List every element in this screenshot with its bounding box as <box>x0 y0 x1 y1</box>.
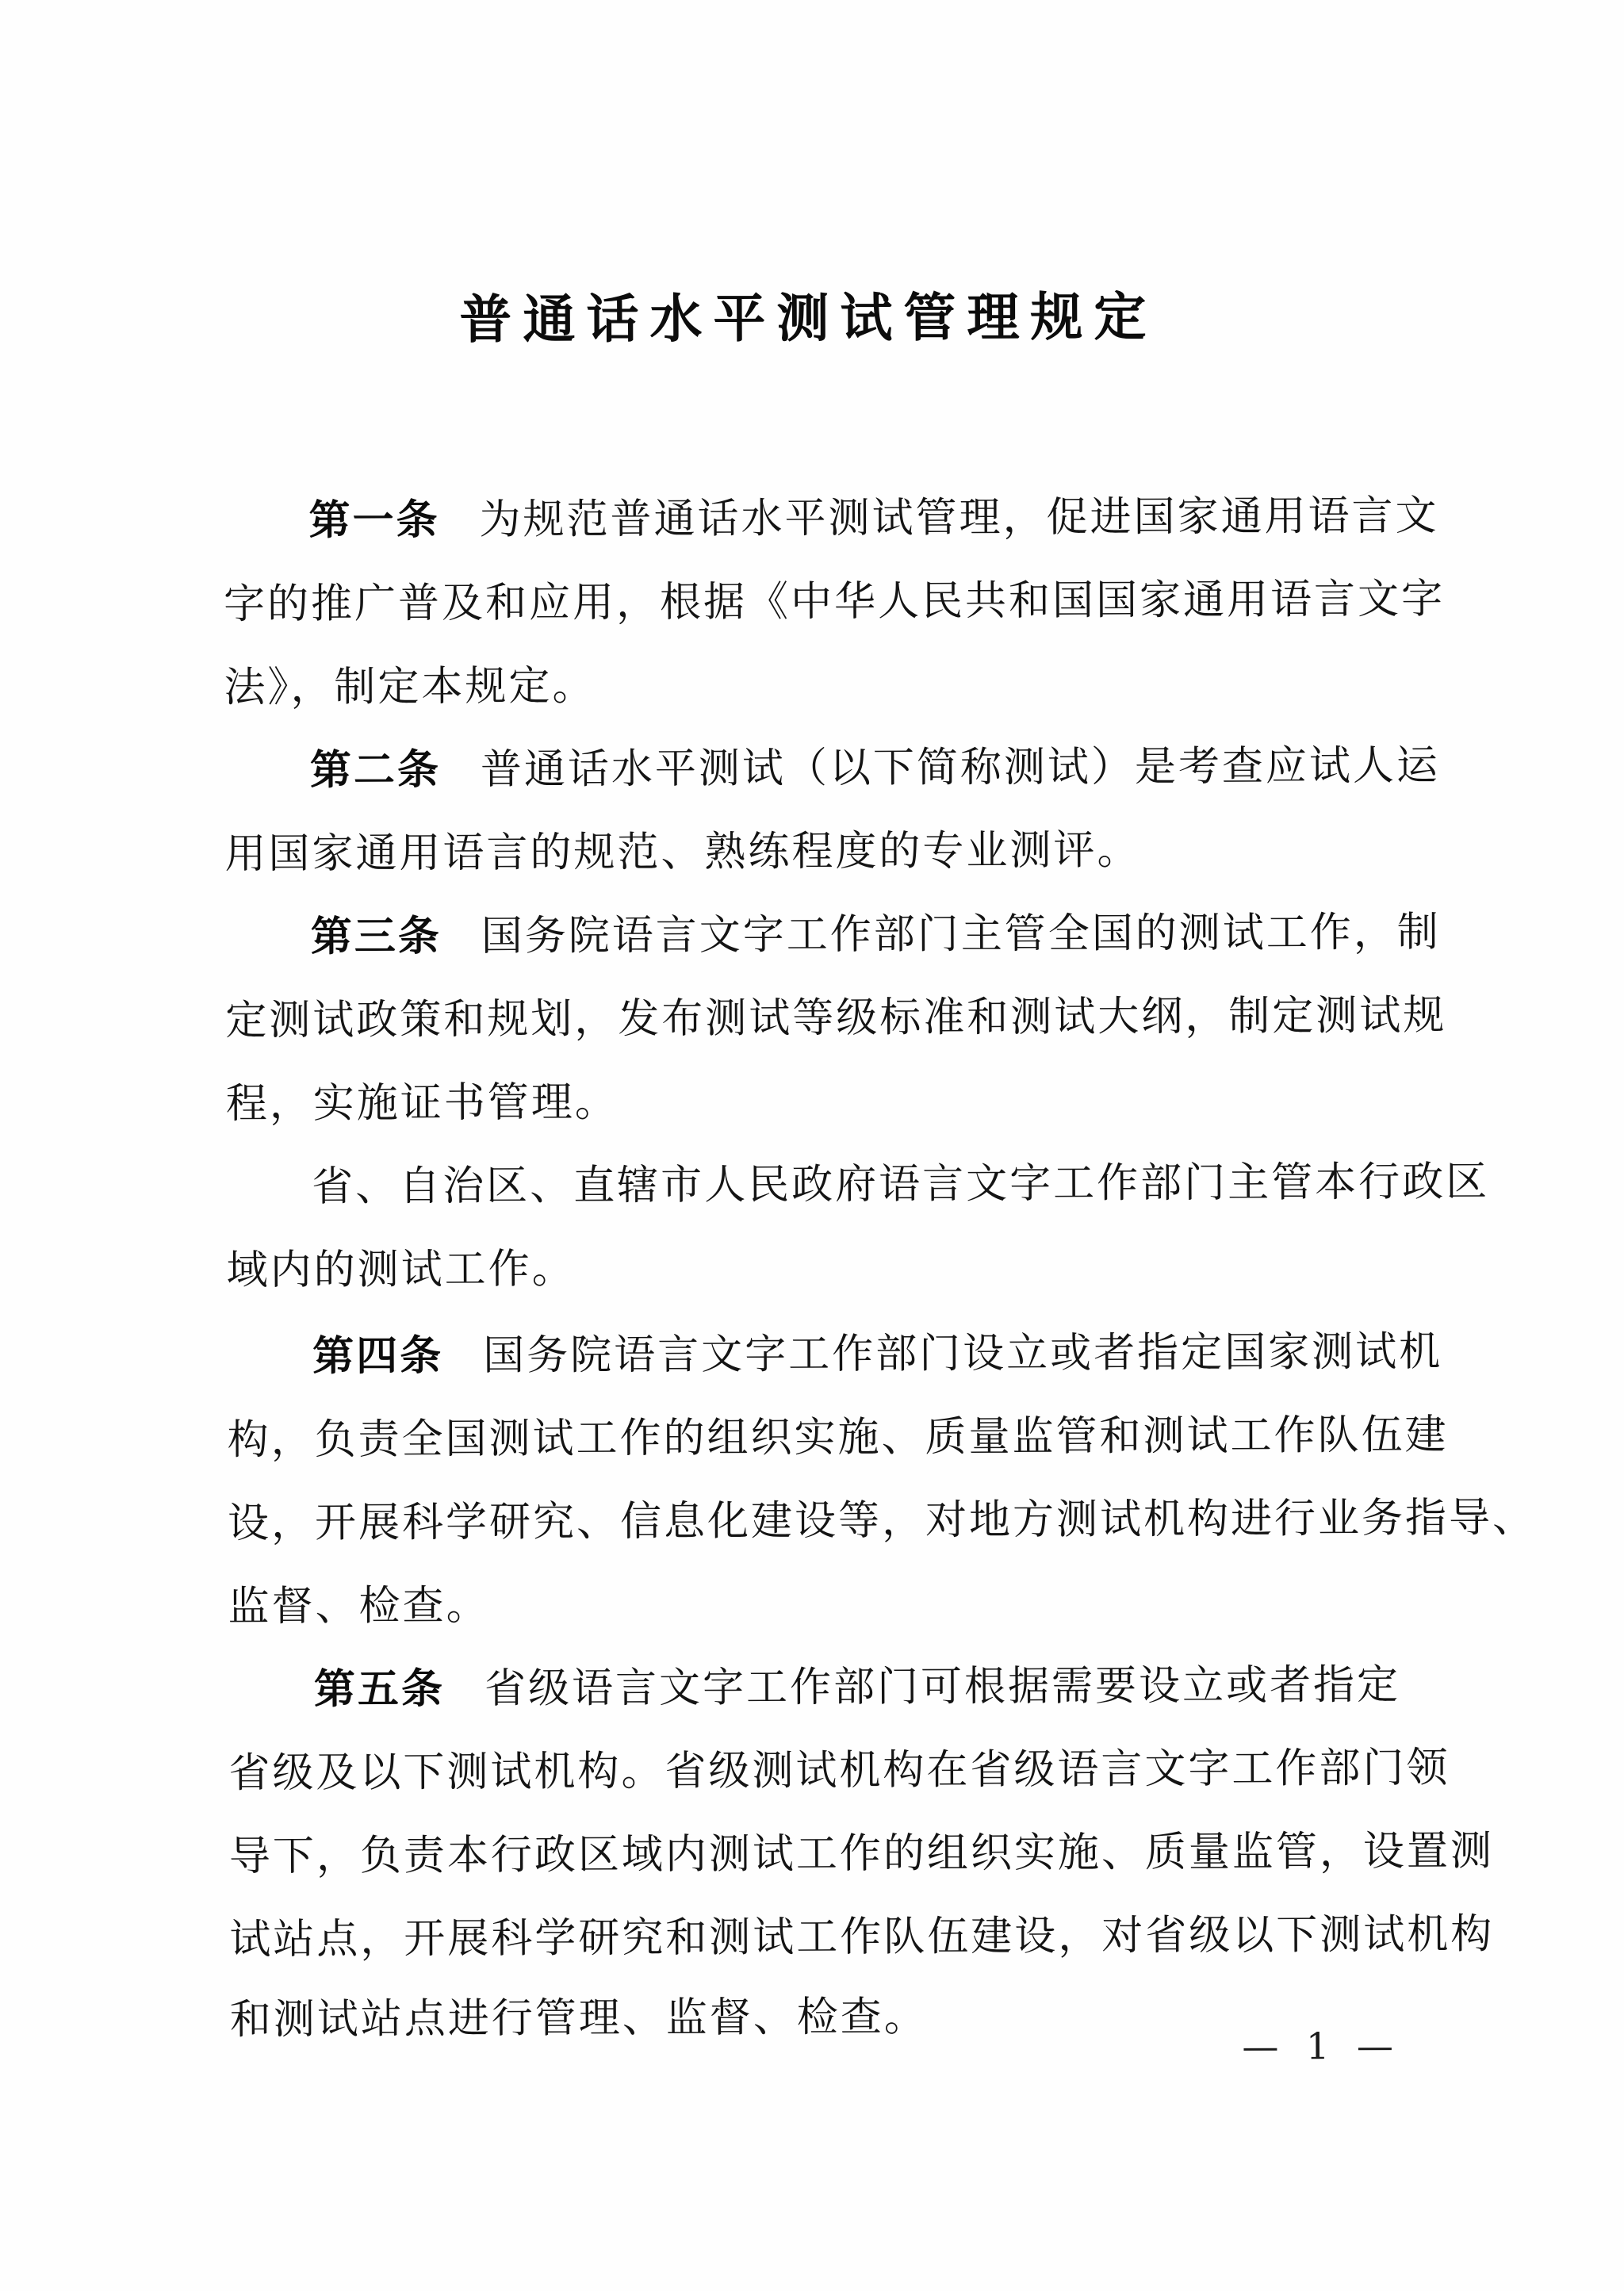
line-text: 用国家通用语言的规范、熟练程度的专业测评。 <box>224 826 1140 878</box>
line-text: 监督、检查。 <box>228 1582 489 1630</box>
scanned-document-page: 普通话水平测试管理规定 第一条为规范普通话水平测试管理，促进国家通用语言文 字的… <box>0 0 1624 2291</box>
text-line: 设，开展科学研究、信息化建设等，对地方测试机构进行业务指导、 <box>228 1490 1417 1553</box>
article-number: 第四条 <box>312 1331 443 1381</box>
line-text: 字的推广普及和应用，根据《中华人民共和国国家通用语言文字 <box>224 576 1445 629</box>
text-line: 监督、检查。 <box>228 1573 1417 1636</box>
text-line: 构，负责全国测试工作的组织实施、质量监管和测试工作队伍建 <box>227 1407 1416 1469</box>
text-line: 第二条普通话水平测试（以下简称测试）是考查应试人运 <box>224 737 1500 799</box>
line-text: 设，开展科学研究、信息化建设等，对地方测试机构进行业务指导、 <box>228 1494 1536 1547</box>
text-line: 域内的测试工作。 <box>227 1237 1416 1300</box>
page-number: — 1 — <box>1242 2025 1401 2068</box>
line-text: 国务院语言文字工作部门设立或者指定国家测试机 <box>483 1328 1442 1380</box>
text-line: 定测试政策和规划，发布测试等级标准和测试大纲，制定测试规 <box>225 987 1415 1050</box>
text-line: 字的推广普及和应用，根据《中华人民共和国国家通用语言文字 <box>224 571 1413 634</box>
line-text: 省、自治区、直辖市人民政府语言文字工作部门主管本行政区 <box>312 1158 1489 1210</box>
line-text: 定测试政策和规划，发布测试等级标准和测试大纲，制定测试规 <box>225 992 1446 1045</box>
text-line: 导下，负责本行政区域内测试工作的组织实施、质量监管，设置测 <box>229 1823 1419 1886</box>
article-number: 第一条 <box>308 496 439 545</box>
line-text: 和测试站点进行管理、监督、检查。 <box>230 1993 928 2044</box>
line-text: 域内的测试工作。 <box>227 1245 576 1294</box>
line-text: 国务院语言文字工作部门主管全国的测试工作，制 <box>481 909 1441 960</box>
text-line: 法》，制定本规定。 <box>224 654 1413 717</box>
text-line: 省级及以下测试机构。省级测试机构在省级语言文字工作部门领 <box>228 1740 1418 1803</box>
text-line: 第一条为规范普通话水平测试管理，促进国家通用语言文 <box>223 487 1498 550</box>
text-line: 试站点，开展科学研究和测试工作队伍建设，对省级以下测试机构 <box>229 1906 1419 1969</box>
text-line: 第五条省级语言文字工作部门可根据需要设立或者指定 <box>228 1656 1503 1718</box>
text-line: 第三条国务院语言文字工作部门主管全国的测试工作，制 <box>225 903 1500 966</box>
text-line: 省、自治区、直辖市人民政府语言文字工作部门主管本行政区 <box>226 1153 1501 1216</box>
line-text: 构，负责全国测试工作的组织实施、质量监管和测试工作队伍建 <box>227 1412 1448 1465</box>
text-line: 程，实施证书管理。 <box>226 1071 1415 1133</box>
text-line: 第四条国务院语言文字工作部门设立或者指定国家测试机 <box>227 1323 1502 1385</box>
line-text: 导下，负责本行政区域内测试工作的组织实施、质量监管，设置测 <box>229 1827 1494 1880</box>
line-text: 省级及以下测试机构。省级测试机构在省级语言文字工作部门领 <box>228 1744 1450 1797</box>
document-title: 普通话水平测试管理规定 <box>0 273 1621 355</box>
text-line: 和测试站点进行管理、监督、检查。 <box>230 1986 1419 2049</box>
article-number: 第二条 <box>310 745 441 795</box>
line-text: 试站点，开展科学研究和测试工作队伍建设，对省级以下测试机构 <box>229 1910 1494 1963</box>
line-text: 普通话水平测试（以下简称测试）是考查应试人运 <box>481 742 1440 794</box>
line-text: 法》，制定本规定。 <box>224 662 596 711</box>
article-number: 第五条 <box>314 1665 445 1714</box>
article-number: 第三条 <box>311 912 442 961</box>
line-text: 为规范普通话水平测试管理，促进国家通用语言文 <box>479 492 1438 544</box>
scan-layer: 普通话水平测试管理规定 第一条为规范普通话水平测试管理，促进国家通用语言文 字的… <box>0 0 1624 2291</box>
line-text: 省级语言文字工作部门可根据需要设立或者指定 <box>485 1661 1400 1713</box>
line-text: 程，实施证书管理。 <box>226 1078 619 1128</box>
text-line: 用国家通用语言的规范、熟练程度的专业测评。 <box>224 821 1414 883</box>
